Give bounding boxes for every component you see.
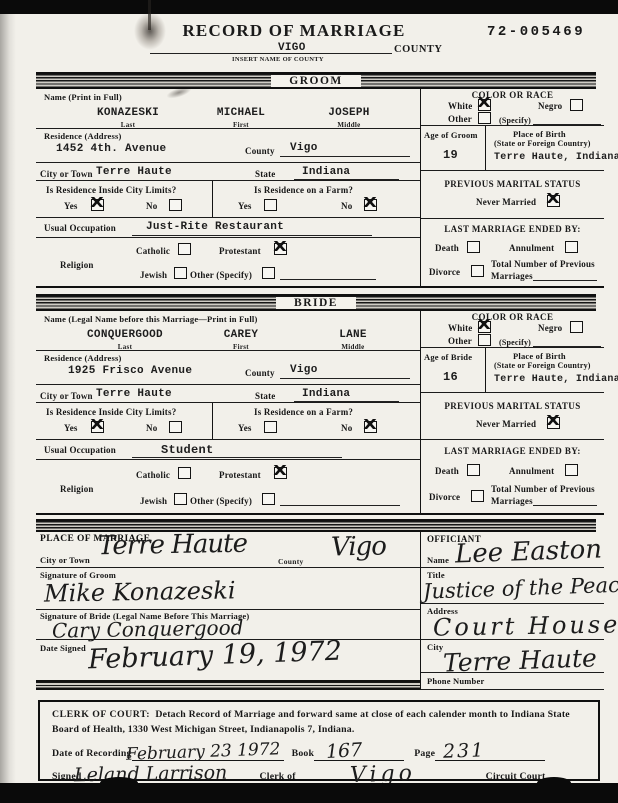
bride-section-banner: BRIDE bbox=[36, 294, 596, 311]
groom-limits-yes-checkbox: X bbox=[91, 199, 104, 211]
total-previous-label: Total Number of Previous bbox=[491, 484, 595, 494]
bride-never-married-checkbox: X bbox=[547, 417, 560, 429]
bride-state-label: State bbox=[255, 391, 276, 401]
specify-label: (Specify) bbox=[499, 116, 531, 125]
groom-residence-value: 1452 4th. Avenue bbox=[56, 143, 166, 155]
bride-occupation-value: Student bbox=[161, 443, 214, 457]
film-sprocket-right bbox=[537, 777, 571, 789]
clerk-instructions: CLERK OF COURT: Detach Record of Marriag… bbox=[52, 707, 586, 737]
bride-pob-label: Place of Birth bbox=[513, 351, 566, 361]
page-line: 231 bbox=[435, 760, 545, 761]
bride-city-label: City or Town bbox=[40, 391, 93, 401]
bride-occupation-label: Usual Occupation bbox=[44, 445, 116, 455]
bride-last-name: CONQUERGOOD bbox=[87, 329, 163, 341]
groom-protestant-checkbox: X bbox=[274, 243, 287, 255]
county-word-label: COUNTY bbox=[394, 44, 443, 55]
groom-pms-header: PREVIOUS MARITAL STATUS bbox=[421, 179, 604, 189]
book-handwriting: 167 bbox=[326, 739, 363, 763]
groom-farm-no-checkbox: X bbox=[364, 199, 377, 211]
bride-residence-value: 1925 Frisco Avenue bbox=[68, 365, 192, 377]
groom-age-label: Age of Groom bbox=[424, 130, 478, 140]
county-line bbox=[150, 53, 392, 54]
groom-limits-no-checkbox bbox=[169, 199, 182, 211]
yes-label: Yes bbox=[64, 423, 78, 433]
officiant-phone-label: Phone Number bbox=[427, 676, 484, 686]
other-specify-label: Other (Specify) bbox=[190, 496, 252, 506]
groom-last-name: KONAZESKI bbox=[97, 107, 159, 119]
bride-section-label: BRIDE bbox=[276, 297, 356, 309]
groom-pob-value: Terre Haute, Indiana bbox=[494, 152, 618, 163]
place-city-handwriting: Terre Haute bbox=[98, 529, 247, 562]
last-sub-label: Last bbox=[58, 121, 198, 129]
groom-section-banner: GROOM bbox=[36, 72, 596, 89]
groom-never-married-checkbox: X bbox=[547, 195, 560, 207]
groom-signature-handwriting: Mike Konazeski bbox=[44, 576, 236, 607]
middle-sub-label: Middle bbox=[294, 121, 404, 129]
bride-signature-handwriting: Cary Conquergood bbox=[52, 615, 244, 642]
groom-occupation-value: Just-Rite Restaurant bbox=[146, 221, 284, 233]
catholic-label: Catholic bbox=[136, 470, 170, 480]
groom-age-value: 19 bbox=[443, 148, 458, 162]
bride-residence-label: Residence (Address) bbox=[44, 353, 122, 363]
other-label: Other bbox=[448, 114, 472, 124]
groom-annulment-checkbox bbox=[565, 241, 578, 253]
bride-catholic-checkbox bbox=[178, 467, 191, 479]
bride-farm-yes-checkbox bbox=[264, 421, 277, 433]
page-handwriting: 231 bbox=[443, 740, 486, 763]
bride-pob-sub-label: (State or Foreign Country) bbox=[494, 361, 591, 370]
bride-age-value: 16 bbox=[443, 370, 458, 384]
other-label: Other bbox=[448, 336, 472, 346]
file-number: 72-005469 bbox=[487, 24, 585, 40]
groom-white-checkbox: X bbox=[478, 99, 491, 111]
first-sub-label: First bbox=[186, 343, 296, 351]
last-sub-label: Last bbox=[50, 343, 200, 351]
groom-negro-checkbox bbox=[570, 99, 583, 111]
bride-divorce-checkbox bbox=[471, 490, 484, 502]
bride-first-name: CAREY bbox=[224, 329, 259, 341]
officiant-title-handwriting: Justice of the Peace bbox=[423, 572, 618, 603]
groom-city-label: City or Town bbox=[40, 169, 93, 179]
annulment-label: Annulment bbox=[509, 466, 554, 476]
death-label: Death bbox=[435, 243, 459, 253]
protestant-label: Protestant bbox=[219, 246, 261, 256]
officiant-address-handwriting: Court House bbox=[433, 610, 618, 641]
total-previous-label: Total Number of Previous bbox=[491, 259, 595, 269]
officiant-city-handwriting: Terre Haute bbox=[443, 643, 598, 677]
groom-middle-name: JOSEPH bbox=[328, 107, 369, 119]
bride-annulment-checkbox bbox=[565, 464, 578, 476]
first-sub-label: First bbox=[186, 121, 296, 129]
catholic-label: Catholic bbox=[136, 246, 170, 256]
groom-section: Name (Print in Full) KONAZESKI Last MICH… bbox=[36, 89, 604, 288]
groom-state-value: Indiana bbox=[302, 166, 350, 178]
groom-first-name: MICHAEL bbox=[217, 107, 265, 119]
bride-city-value: Terre Haute bbox=[96, 388, 172, 400]
bride-pob-value: Terre Haute, Indiana bbox=[494, 374, 618, 385]
groom-limits-question: Is Residence Inside City Limits? bbox=[46, 185, 176, 195]
groom-occupation-label: Usual Occupation bbox=[44, 223, 116, 233]
divorce-label: Divorce bbox=[429, 267, 460, 277]
county-name-value: VIGO bbox=[278, 42, 306, 54]
yes-label: Yes bbox=[238, 423, 252, 433]
no-label: No bbox=[146, 201, 157, 211]
date-signed-handwriting: February 19, 1972 bbox=[88, 636, 343, 676]
groom-other-religion-checkbox bbox=[262, 267, 275, 279]
place-county-sub-label: County bbox=[278, 557, 304, 566]
groom-divorce-checkbox bbox=[471, 265, 484, 277]
page-label: Page bbox=[414, 746, 435, 761]
bride-ended-header: LAST MARRIAGE ENDED BY: bbox=[421, 446, 604, 456]
place-officiant-section: PLACE OF MARRIAGE City or Town Terre Hau… bbox=[36, 532, 604, 690]
specify-label: (Specify) bbox=[499, 338, 531, 347]
groom-catholic-checkbox bbox=[178, 243, 191, 255]
groom-state-label: State bbox=[255, 169, 276, 179]
date-of-recording-label: Date of Recording bbox=[52, 746, 132, 761]
no-label: No bbox=[341, 201, 352, 211]
groom-pob-label: Place of Birth bbox=[513, 129, 566, 139]
yes-label: Yes bbox=[238, 201, 252, 211]
bride-pms-header: PREVIOUS MARITAL STATUS bbox=[421, 401, 604, 411]
groom-jewish-checkbox bbox=[174, 267, 187, 279]
never-married-label: Never Married bbox=[476, 419, 536, 429]
bride-jewish-checkbox bbox=[174, 493, 187, 505]
marriages-label: Marriages bbox=[491, 496, 533, 506]
page-title: RECORD OF MARRIAGE bbox=[182, 21, 405, 40]
never-married-label: Never Married bbox=[476, 197, 536, 207]
other-specify-label: Other (Specify) bbox=[190, 270, 252, 280]
no-label: No bbox=[341, 423, 352, 433]
county-hint-label: INSERT NAME OF COUNTY bbox=[232, 56, 324, 63]
officiant-name-handwriting: Lee Easton bbox=[455, 534, 603, 569]
groom-farm-question: Is Residence on a Farm? bbox=[254, 185, 353, 195]
scan-left-shadow bbox=[0, 14, 16, 783]
bride-county-value: Vigo bbox=[290, 364, 318, 376]
negro-label: Negro bbox=[538, 101, 562, 111]
place-county-handwriting: Vigo bbox=[331, 532, 386, 563]
marriages-label: Marriages bbox=[491, 271, 533, 281]
groom-name-label: Name (Print in Full) bbox=[44, 92, 122, 102]
negro-label: Negro bbox=[538, 323, 562, 333]
divorce-label: Divorce bbox=[429, 492, 460, 502]
bride-limits-yes-checkbox: X bbox=[91, 421, 104, 433]
groom-ended-header: LAST MARRIAGE ENDED BY: bbox=[421, 224, 604, 234]
scan-top-edge bbox=[0, 0, 618, 14]
groom-section-label: GROOM bbox=[271, 75, 361, 87]
bride-county-label: County bbox=[245, 368, 275, 378]
bride-religion-label: Religion bbox=[60, 484, 94, 494]
groom-city-value: Terre Haute bbox=[96, 166, 172, 178]
groom-residence-label: Residence (Address) bbox=[44, 131, 122, 141]
groom-pob-sub-label: (State or Foreign Country) bbox=[494, 139, 591, 148]
bride-farm-no-checkbox: X bbox=[364, 421, 377, 433]
bride-death-checkbox bbox=[467, 464, 480, 476]
groom-county-label: County bbox=[245, 146, 275, 156]
bride-farm-question: Is Residence on a Farm? bbox=[254, 407, 353, 417]
bride-other-race-checkbox bbox=[478, 334, 491, 346]
groom-religion-label: Religion bbox=[60, 260, 94, 270]
groom-other-race-checkbox bbox=[478, 112, 491, 124]
bride-age-label: Age of Bride bbox=[424, 352, 472, 362]
death-label: Death bbox=[435, 466, 459, 476]
bride-middle-name: LANE bbox=[339, 329, 367, 341]
date-signed-label: Date Signed bbox=[40, 643, 86, 653]
bride-other-religion-checkbox bbox=[262, 493, 275, 505]
bride-limits-question: Is Residence Inside City Limits? bbox=[46, 407, 176, 417]
white-label: White bbox=[448, 101, 473, 111]
bride-state-value: Indiana bbox=[302, 388, 350, 400]
jewish-label: Jewish bbox=[140, 270, 167, 280]
film-sprocket-left bbox=[100, 777, 138, 789]
bride-limits-no-checkbox bbox=[169, 421, 182, 433]
jewish-label: Jewish bbox=[140, 496, 167, 506]
yes-label: Yes bbox=[64, 201, 78, 211]
groom-farm-yes-checkbox bbox=[264, 199, 277, 211]
bride-negro-checkbox bbox=[570, 321, 583, 333]
groom-county-value: Vigo bbox=[290, 142, 318, 154]
middle-sub-label: Middle bbox=[298, 343, 408, 351]
bride-section: Name (Legal Name before this Marriage—Pr… bbox=[36, 311, 604, 515]
officiant-city-label: City bbox=[427, 642, 443, 652]
clerk-heading: CLERK OF COURT: bbox=[52, 709, 150, 720]
protestant-label: Protestant bbox=[219, 470, 261, 480]
annulment-label: Annulment bbox=[509, 243, 554, 253]
white-label: White bbox=[448, 323, 473, 333]
bride-protestant-checkbox: X bbox=[274, 467, 287, 479]
groom-death-checkbox bbox=[467, 241, 480, 253]
marriage-record-scan: RECORD OF MARRIAGE 72-005469 VIGO COUNTY… bbox=[0, 0, 618, 803]
officiant-name-label: Name bbox=[427, 555, 449, 565]
bride-white-checkbox: X bbox=[478, 321, 491, 333]
book-label: Book bbox=[292, 746, 315, 761]
place-bottom-stripe bbox=[36, 680, 420, 690]
no-label: No bbox=[146, 423, 157, 433]
scan-bottom-edge bbox=[0, 783, 618, 803]
clerk-of-court-box: CLERK OF COURT: Detach Record of Marriag… bbox=[38, 700, 600, 781]
place-city-label: City or Town bbox=[40, 555, 90, 565]
bride-name-label: Name (Legal Name before this Marriage—Pr… bbox=[44, 314, 258, 324]
